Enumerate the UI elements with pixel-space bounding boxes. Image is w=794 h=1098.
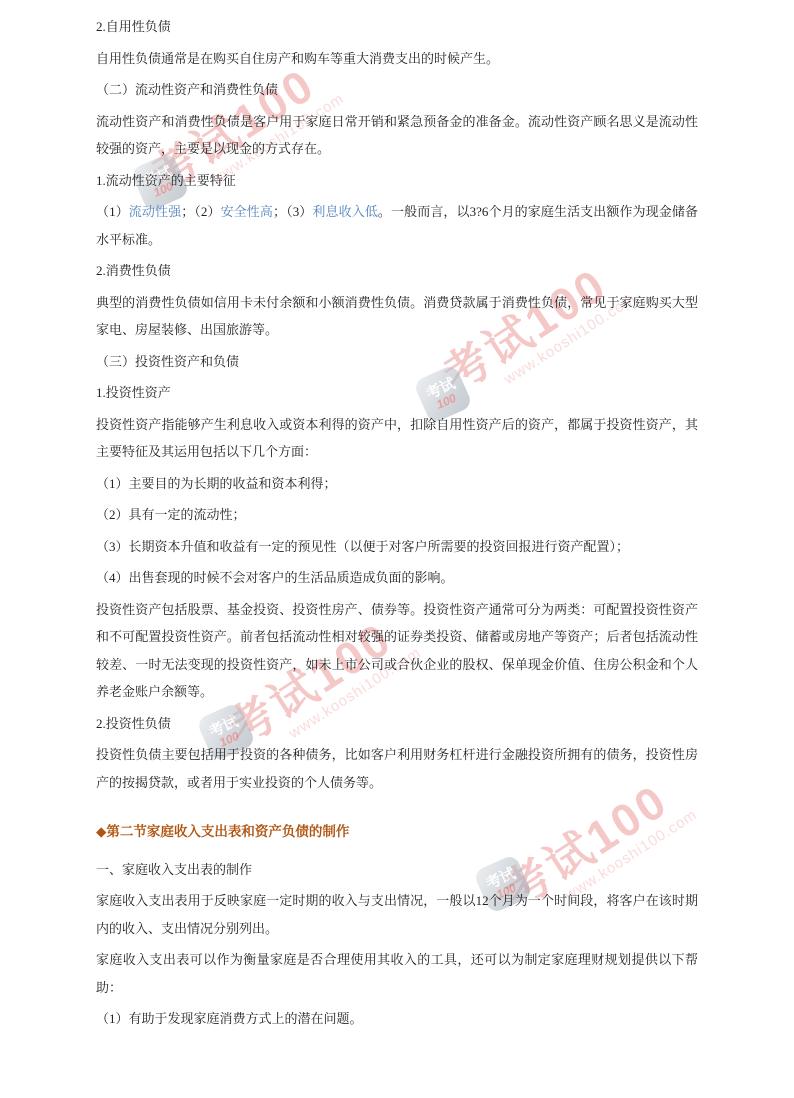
text-run: 家庭收入支出表可以作为衡量家庭是否合理使用其收入的工具，还可以为制定家庭理财规划…	[96, 952, 698, 995]
paragraph: 流动性资产和消费性负债是客户用于家庭日常开销和紧急预备金的准备金。流动性资产顾名…	[96, 108, 698, 163]
text-run: ；（3）	[273, 204, 312, 219]
paragraph: 2.自用性负债	[96, 13, 698, 41]
paragraph: 自用性负债通常是在购买自住房产和购车等重大消费支出的时候产生。	[96, 45, 698, 73]
paragraph: （1）有助于发现家庭消费方式上的潜在问题。	[96, 1005, 698, 1033]
text-run: （三）投资性资产和负债	[96, 354, 239, 369]
text-run: （1）主要目的为长期的收益和资本利得；	[96, 476, 337, 491]
text-run: 自用性负债通常是在购买自住房产和购车等重大消费支出的时候产生。	[96, 51, 499, 66]
text-run: 投资性资产指能够产生利息收入或资本利得的资产中，扣除自用性资产后的资产，都属于投…	[96, 417, 698, 460]
inline-link[interactable]: 利息收入低	[312, 204, 378, 219]
paragraph: 典型的消费性负债如信用卡未付余额和小额消费性负债。消费贷款属于消费性负债，常见于…	[96, 289, 698, 344]
paragraph: 家庭收入支出表可以作为衡量家庭是否合理使用其收入的工具，还可以为制定家庭理财规划…	[96, 946, 698, 1001]
section-heading-text: 第二节家庭收入支出表和资产负债的制作	[106, 824, 349, 839]
text-run: 典型的消费性负债如信用卡未付余额和小额消费性负债。消费贷款属于消费性负债，常见于…	[96, 295, 698, 338]
paragraph: （4）出售套现的时候不会对客户的生活品质造成负面的影响。	[96, 564, 698, 592]
paragraph: 1.投资性资产	[96, 379, 698, 407]
paragraph: （2）具有一定的流动性；	[96, 501, 698, 529]
text-run: 投资性负债主要包括用于投资的各种债务，比如客户利用财务杠杆进行金融投资所拥有的债…	[96, 747, 698, 790]
paragraph: 投资性资产包括股票、基金投资、投资性房产、债券等。投资性资产通常可分为两类：可配…	[96, 596, 698, 706]
paragraph: 投资性负债主要包括用于投资的各种债务，比如客户利用财务杠杆进行金融投资所拥有的债…	[96, 741, 698, 796]
text-run: 2.自用性负债	[96, 19, 171, 34]
paragraph: 家庭收入支出表用于反映家庭一定时期的收入与支出情况，一般以12个月为一个时间段，…	[96, 887, 698, 942]
text-run: 一、家庭收入支出表的制作	[96, 862, 252, 877]
diamond-bullet-icon: ◆	[96, 824, 106, 839]
text-run: ；（2）	[181, 204, 220, 219]
paragraph: （三）投资性资产和负债	[96, 348, 698, 376]
text-run: （1）	[96, 204, 129, 219]
inline-link[interactable]: 流动性强	[129, 204, 181, 219]
text-run: 流动性资产和消费性负债是客户用于家庭日常开销和紧急预备金的准备金。流动性资产顾名…	[96, 114, 698, 157]
paragraph: 投资性资产指能够产生利息收入或资本利得的资产中，扣除自用性资产后的资产，都属于投…	[96, 411, 698, 466]
inline-link[interactable]: 安全性高	[221, 204, 273, 219]
paragraph: （二）流动性资产和消费性负债	[96, 76, 698, 104]
paragraph: （1）主要目的为长期的收益和资本利得；	[96, 470, 698, 498]
text-run: （3）长期资本升值和收益有一定的预见性（以便于对客户所需要的投资回报进行资产配置…	[96, 539, 629, 554]
paragraph: 2.投资性负债	[96, 710, 698, 738]
text-run: （4）出售套现的时候不会对客户的生活品质造成负面的影响。	[96, 570, 454, 585]
text-run: （1）有助于发现家庭消费方式上的潜在问题。	[96, 1011, 363, 1026]
text-run: 2.消费性负债	[96, 263, 171, 278]
text-run: （二）流动性资产和消费性负债	[96, 82, 278, 97]
document-page: 考试100 www.kooshi100.com 考试100 考试100 www.…	[0, 0, 794, 1098]
paragraph: 一、家庭收入支出表的制作	[96, 856, 698, 884]
text-run: 1.投资性资产	[96, 385, 171, 400]
paragraph: （1）流动性强；（2）安全性高；（3）利息收入低。一般而言，以3?6个月的家庭生…	[96, 198, 698, 253]
text-run: 家庭收入支出表用于反映家庭一定时期的收入与支出情况，一般以12个月为一个时间段，…	[96, 893, 698, 936]
text-run: 投资性资产包括股票、基金投资、投资性房产、债券等。投资性资产通常可分为两类：可配…	[96, 602, 698, 700]
section-heading: ◆第二节家庭收入支出表和资产负债的制作	[96, 818, 698, 846]
text-run: 1.流动性资产的主要特征	[96, 173, 236, 188]
paragraph: 2.消费性负债	[96, 257, 698, 285]
document-body: 2.自用性负债自用性负债通常是在购买自住房产和购车等重大消费支出的时候产生。（二…	[96, 13, 698, 1037]
paragraph: 1.流动性资产的主要特征	[96, 167, 698, 195]
paragraph: （3）长期资本升值和收益有一定的预见性（以便于对客户所需要的投资回报进行资产配置…	[96, 533, 698, 561]
text-run: 2.投资性负债	[96, 716, 171, 731]
text-run: （2）具有一定的流动性；	[96, 507, 246, 522]
